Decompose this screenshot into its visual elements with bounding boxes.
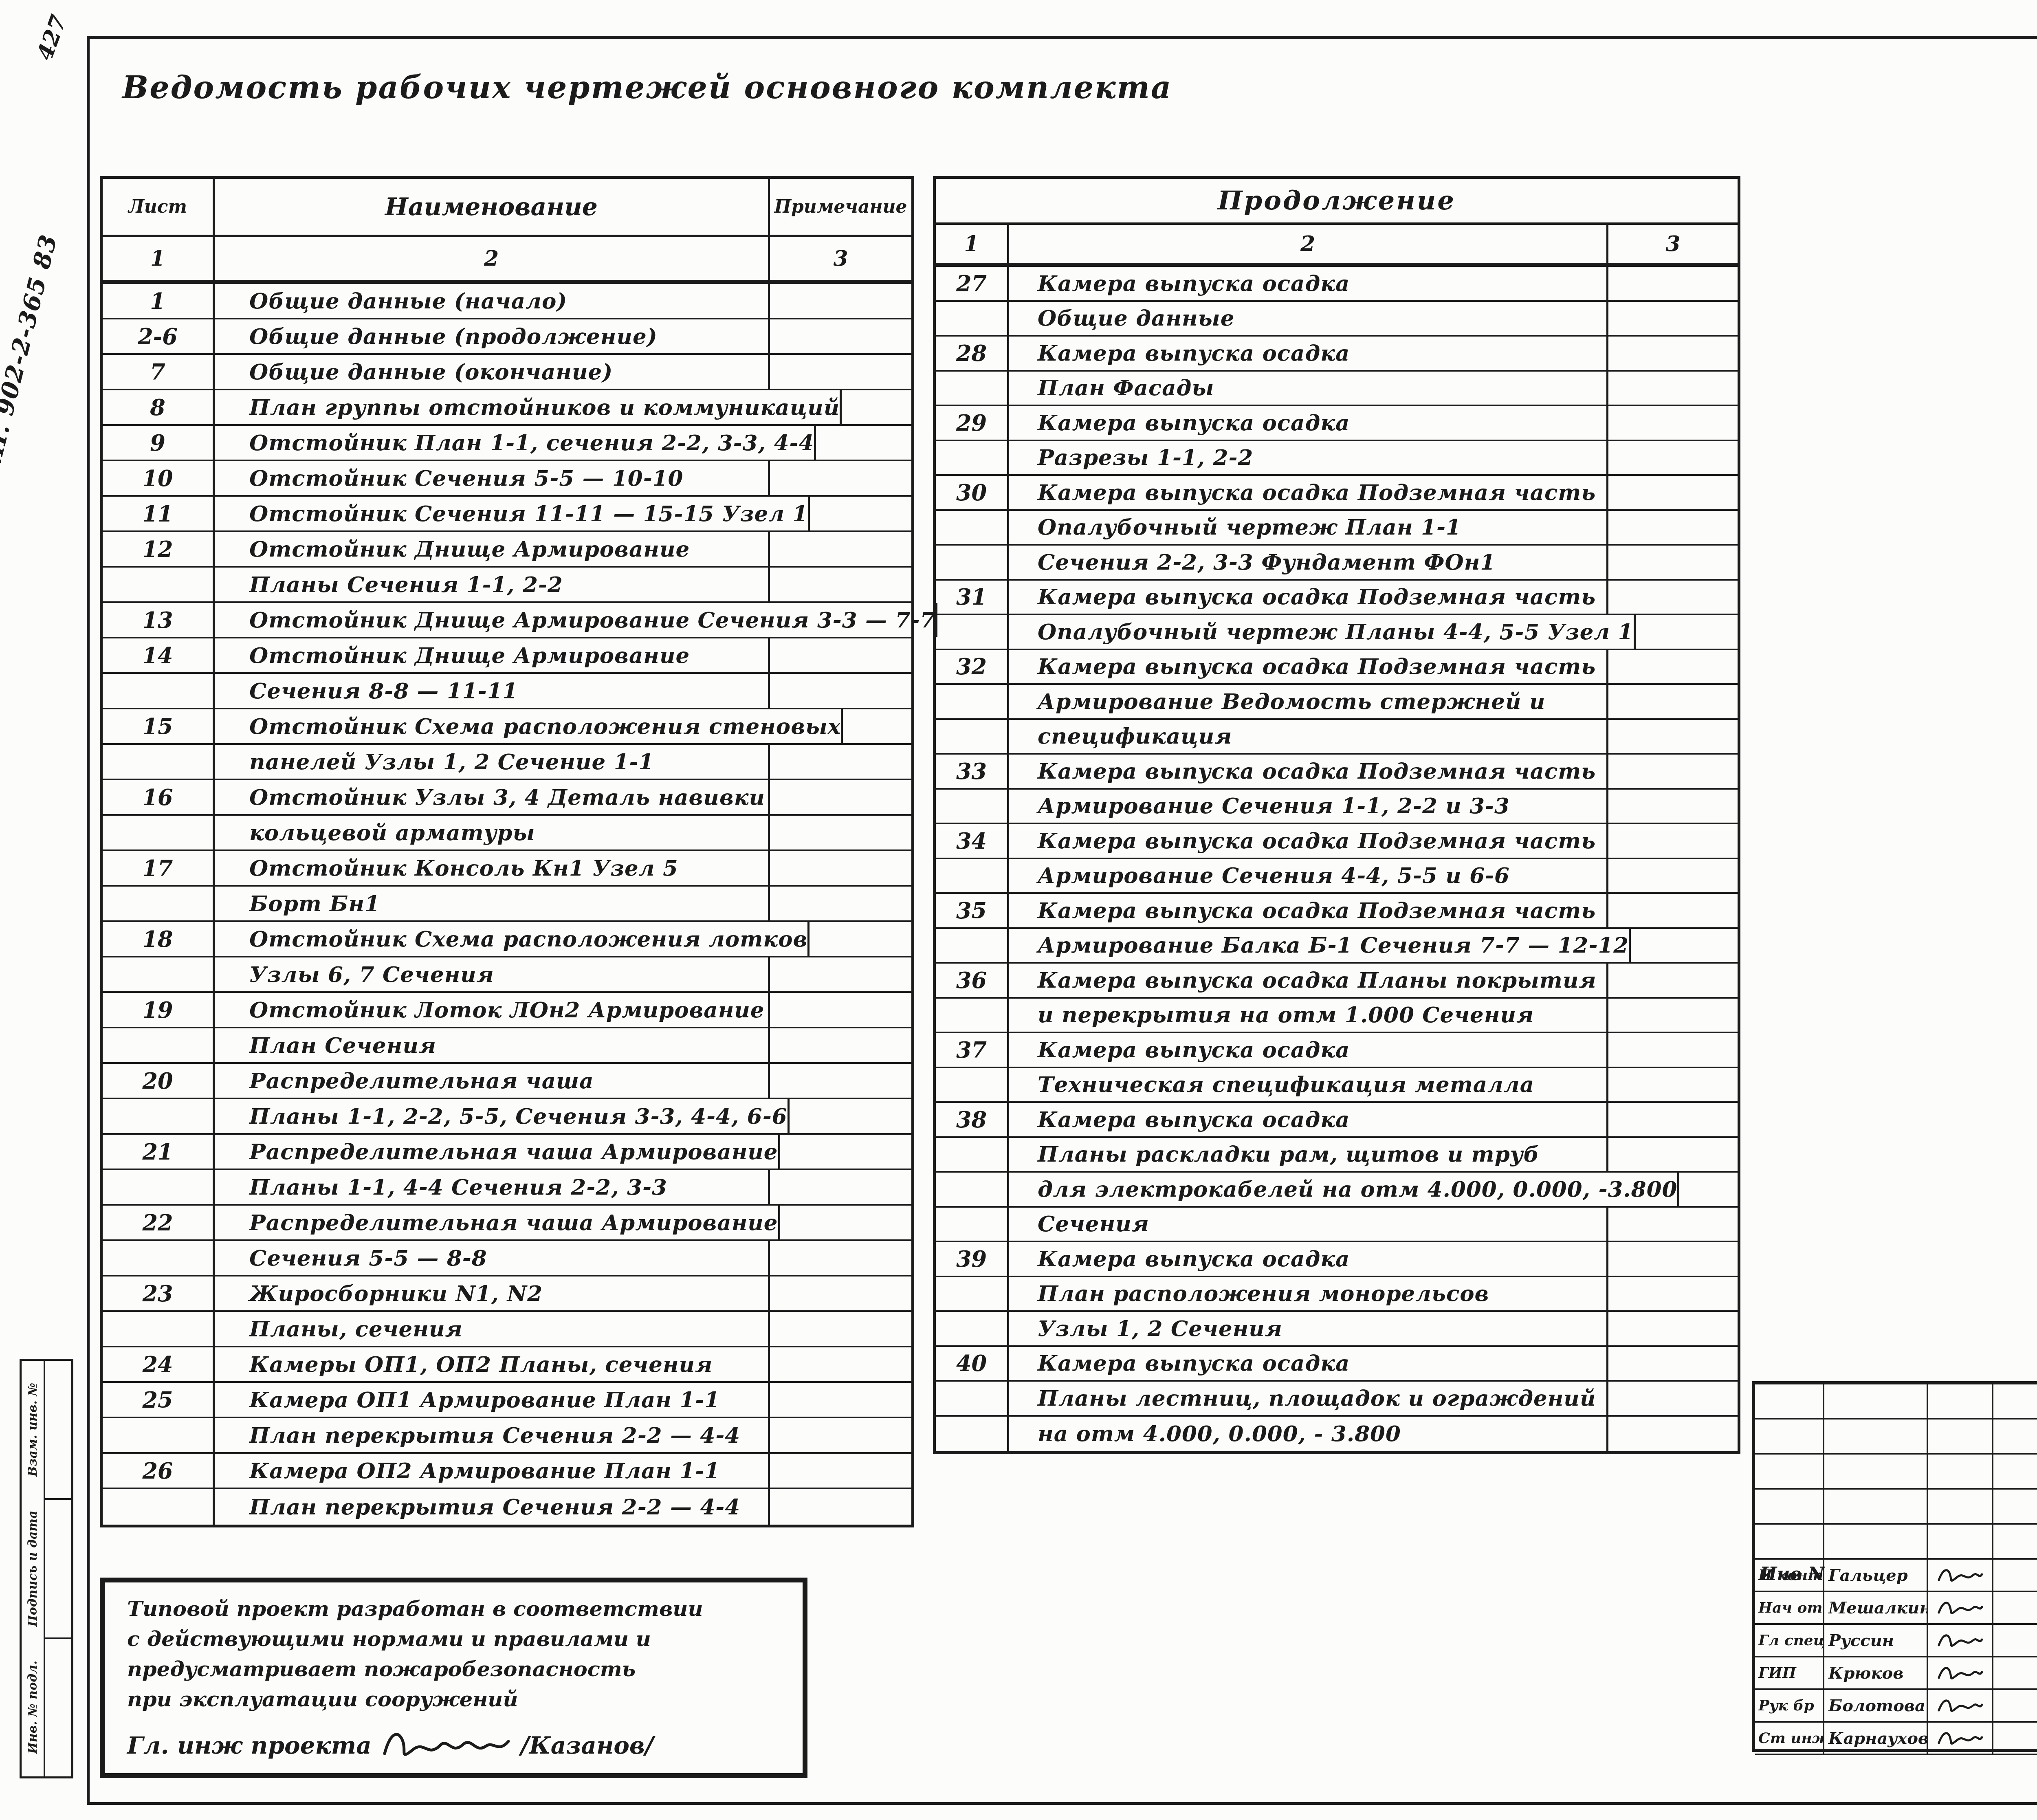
- sheet-number-cell: [936, 720, 1009, 753]
- drawing-name-cell: Камера выпуска осадка Планы покрытия: [1009, 964, 1606, 997]
- drawing-name-cell: Камера выпуска осадка Подземная часть: [1009, 894, 1606, 927]
- note-cell: [1606, 1277, 1738, 1311]
- sheet-number-cell: [936, 790, 1009, 823]
- table-row: Планы лестниц, площадок и ограждений: [936, 1382, 1738, 1417]
- signer-role: Гл спец.: [1755, 1625, 1824, 1656]
- drawing-name-cell: Камера ОП1 Армирование План 1-1: [215, 1383, 768, 1417]
- sheet-number-cell: 10: [103, 461, 215, 495]
- sheet-number-cell: [936, 859, 1009, 893]
- margin-stamp-label: Инв. № подл.: [26, 1638, 40, 1776]
- grid-cell: [1755, 1419, 1824, 1453]
- drawing-name-cell: Камера выпуска осадка: [1009, 267, 1606, 300]
- right-table-colnums: 1 2 3: [936, 225, 1738, 267]
- sheet-number-cell: 28: [936, 337, 1009, 370]
- note-cell: [1606, 1103, 1738, 1136]
- table-row: кольцевой арматуры: [103, 816, 911, 851]
- sheet-number-cell: 9: [103, 426, 215, 460]
- drawing-name-cell: Планы Сечения 1-1, 2-2: [215, 568, 768, 601]
- grid-cell: [1755, 1490, 1824, 1523]
- signer-signature: [1928, 1560, 1993, 1591]
- drawing-name-cell: кольцевой арматуры: [215, 816, 768, 849]
- table-row: 32Камера выпуска осадка Подземная часть: [936, 650, 1738, 685]
- note-cell: [768, 1241, 911, 1275]
- note-cell: [768, 1383, 911, 1417]
- table-row: 25Камера ОП1 Армирование План 1-1: [103, 1383, 911, 1418]
- note-cell: [768, 957, 911, 991]
- signer-role: Ст инж: [1755, 1723, 1824, 1754]
- table-row: Планы 1-1, 2-2, 5-5, Сечения 3-3, 4-4, 6…: [103, 1099, 911, 1135]
- chief-engineer-label: Гл. инж проекта: [127, 1732, 372, 1759]
- note-cell: [1606, 1033, 1738, 1067]
- inventory-number-label: Инв N: [1760, 1564, 1824, 1585]
- signer-signature: [1928, 1657, 1993, 1688]
- signature-stroke: [1936, 1695, 1984, 1716]
- sheet-number-cell: [936, 1208, 1009, 1241]
- signer-name: Гальцер: [1824, 1560, 1928, 1591]
- note-cell: [1606, 790, 1738, 823]
- sheet-number-cell: 18: [103, 922, 215, 956]
- table-row: 10Отстойник Сечения 5-5 — 10-10: [103, 461, 911, 497]
- note-cell: [778, 1135, 922, 1169]
- note-cell: [768, 745, 911, 779]
- drawing-name-cell: Сечения 5-5 — 8-8: [215, 1241, 768, 1275]
- table-row: Сечения: [936, 1208, 1738, 1243]
- sheet-number-cell: [103, 1241, 215, 1275]
- right-table-title: Продолжение: [936, 179, 1738, 225]
- signer-name: Мешалкин: [1824, 1592, 1928, 1623]
- signer-row-empty: [1755, 1490, 2037, 1525]
- note-cell: [768, 1170, 911, 1204]
- table-row: Сечения 8-8 — 11-11: [103, 674, 911, 709]
- drawing-name-cell: Армирование Ведомость стержней и: [1009, 685, 1606, 718]
- sheet-number-cell: [936, 999, 1009, 1032]
- note-line: при эксплуатации сооружений: [127, 1684, 803, 1714]
- table-row: План Фасады: [936, 372, 1738, 407]
- note-cell: [768, 1418, 911, 1452]
- drawing-name-cell: Армирование Сечения 4-4, 5-5 и 6-6: [1009, 859, 1606, 893]
- sheet-number-cell: 19: [103, 993, 215, 1027]
- sheet-number-cell: [103, 957, 215, 991]
- drawing-name-cell: Камера выпуска осадка: [1009, 406, 1606, 440]
- grid-cell: [1824, 1419, 1928, 1453]
- table-row: 19Отстойник Лоток ЛОн2 Армирование: [103, 993, 911, 1028]
- drawing-name-cell: Отстойник Схема расположения лотков: [215, 922, 807, 956]
- signer-role: Нач отд: [1755, 1592, 1824, 1623]
- sheet-number-cell: [103, 568, 215, 601]
- table-row: 14Отстойник Днище Армирование: [103, 638, 911, 674]
- signer-row: Рук брБолотова: [1755, 1690, 2037, 1723]
- sheet-number-cell: 22: [103, 1206, 215, 1239]
- drawing-name-cell: Планы лестниц, площадок и ограждений: [1009, 1382, 1606, 1415]
- table-row: для электрокабелей на отм 4.000, 0.000, …: [936, 1173, 1738, 1208]
- drawing-name-cell: Узлы 1, 2 Сечения: [1009, 1312, 1606, 1345]
- table-row: Опалубочный чертеж Планы 4-4, 5-5 Узел 1: [936, 615, 1738, 650]
- grid-cell: [1824, 1455, 1928, 1488]
- note-cell: [1606, 685, 1738, 718]
- sheet-number-cell: 2-6: [103, 319, 215, 353]
- note-cell: [1606, 964, 1738, 997]
- drawing-list-table-left: Лист Наименование Примечание 1 2 3 1Общи…: [100, 176, 914, 1527]
- signature-stroke: [1936, 1597, 1984, 1618]
- table-row: 16Отстойник Узлы 3, 4 Деталь навивки: [103, 780, 911, 816]
- note-cell: [1606, 824, 1738, 858]
- table-row: Сечения 2-2, 3-3 Фундамент ФОн1: [936, 546, 1738, 581]
- drawing-name-cell: Общие данные (начало): [215, 284, 768, 318]
- sheet-number-cell: 13: [103, 603, 215, 637]
- signature-stroke: [1936, 1728, 1984, 1749]
- grid-cell: [1993, 1419, 2037, 1453]
- sheet-number-cell: [936, 1068, 1009, 1102]
- note-cell: [1606, 511, 1738, 544]
- sheet-number-cell: 11: [103, 497, 215, 530]
- signer-row-empty: [1755, 1419, 2037, 1455]
- grid-cell: [1824, 1384, 1928, 1418]
- signer-row: Нач отдМешалкин: [1755, 1592, 2037, 1625]
- sheet-number-cell: [103, 745, 215, 779]
- grid-cell: [1993, 1525, 2037, 1558]
- note-line: предусматривает пожаробезопасность: [127, 1654, 803, 1684]
- grid-cell: [1993, 1490, 2037, 1523]
- note-cell: [1606, 894, 1738, 927]
- sheet-number-cell: 36: [936, 964, 1009, 997]
- sheet-number-cell: 7: [103, 355, 215, 389]
- drawing-name-cell: Отстойник Схема расположения стеновых: [215, 709, 841, 743]
- drawing-name-cell: Отстойник План 1-1, сечения 2-2, 3-3, 4-…: [215, 426, 814, 460]
- table-row: Армирование Балка Б-1 Сечения 7-7 — 12-1…: [936, 929, 1738, 964]
- sheet-number-cell: [936, 1382, 1009, 1415]
- drawing-name-cell: Распределительная чаша Армирование: [215, 1206, 778, 1239]
- table-row: Планы 1-1, 4-4 Сечения 2-2, 3-3: [103, 1170, 911, 1206]
- sheet-number-cell: 30: [936, 476, 1009, 509]
- header-note: Примечание: [768, 179, 911, 235]
- drawing-name-cell: Общие данные: [1009, 302, 1606, 335]
- note-cell: [1606, 755, 1738, 788]
- sheet-number-cell: 1: [103, 284, 215, 318]
- drawing-name-cell: Сечения: [1009, 1208, 1606, 1241]
- sheet-number-cell: [103, 816, 215, 849]
- note-cell: [1634, 615, 1765, 649]
- signer-date: [1993, 1657, 2037, 1688]
- grid-cell: [1993, 1384, 2037, 1418]
- signer-name: Карнаухова: [1824, 1723, 1928, 1754]
- signer-date: [1993, 1723, 2037, 1754]
- table-row: 8План группы отстойников и коммуникаций: [103, 390, 911, 426]
- signature-stroke: [379, 1725, 513, 1766]
- drawing-name-cell: Общие данные (продолжение): [215, 319, 768, 353]
- sheet-number-cell: 20: [103, 1064, 215, 1098]
- drawing-name-cell: спецификация: [1009, 720, 1606, 753]
- left-table-header: Лист Наименование Примечание: [103, 179, 911, 237]
- sheet-number-cell: 38: [936, 1103, 1009, 1136]
- drawing-name-cell: Камера ОП2 Армирование План 1-1: [215, 1454, 768, 1488]
- signer-signature: [1928, 1625, 1993, 1656]
- table-row: 29Камера выпуска осадка: [936, 406, 1738, 441]
- drawing-name-cell: Сечения 2-2, 3-3 Фундамент ФОн1: [1009, 546, 1606, 579]
- drawing-name-cell: Техническая спецификация металла: [1009, 1068, 1606, 1102]
- table-row: План расположения монорельсов: [936, 1277, 1738, 1312]
- note-cell: [1629, 929, 1760, 962]
- note-cell: [768, 1454, 911, 1488]
- table-row: 26Камера ОП2 Армирование План 1-1: [103, 1454, 911, 1489]
- sheet-number-cell: 17: [103, 851, 215, 885]
- signer-name: Болотова: [1824, 1690, 1928, 1721]
- sheet-number-cell: 27: [936, 267, 1009, 300]
- drawing-name-cell: Отстойник Сечения 5-5 — 10-10: [215, 461, 768, 495]
- left-table-body: 1Общие данные (начало)2-6Общие данные (п…: [103, 284, 911, 1525]
- note-cell: [768, 674, 911, 708]
- table-row: Планы Сечения 1-1, 2-2: [103, 568, 911, 603]
- margin-stamp-labels: Взам. инв. №Подпись и датаИнв. № подл.: [22, 1361, 45, 1776]
- drawing-name-cell: Камера выпуска осадка Подземная часть: [1009, 650, 1606, 684]
- table-row: Армирование Ведомость стержней и: [936, 685, 1738, 720]
- drawing-name-cell: Общие данные (окончание): [215, 355, 768, 389]
- sheet-number-cell: [936, 1173, 1009, 1206]
- note-line: с действующими нормами и правилами и: [127, 1624, 803, 1654]
- note-cell: [768, 887, 911, 920]
- note-cell: [1606, 267, 1738, 300]
- sheet-number-cell: 40: [936, 1347, 1009, 1380]
- grid-cell: [1928, 1525, 1993, 1558]
- table-row: 31Камера выпуска осадка Подземная часть: [936, 581, 1738, 616]
- signer-signature: [1928, 1723, 1993, 1754]
- sheet-number-cell: [936, 441, 1009, 475]
- table-row: 30Камера выпуска осадка Подземная часть: [936, 476, 1738, 511]
- note-cell: [808, 497, 951, 530]
- signer-role: ГИП: [1755, 1657, 1824, 1688]
- drawing-name-cell: Распределительная чаша: [215, 1064, 768, 1098]
- page-title: Ведомость рабочих чертежей основного ком…: [122, 69, 1172, 106]
- note-cell: [768, 816, 911, 849]
- note-cell: [1606, 441, 1738, 475]
- table-row: 9Отстойник План 1-1, сечения 2-2, 3-3, 4…: [103, 426, 911, 461]
- drawing-name-cell: Камера выпуска осадка Подземная часть: [1009, 824, 1606, 858]
- table-row: Планы раскладки рам, щитов и труб: [936, 1138, 1738, 1173]
- drawing-name-cell: Планы 1-1, 4-4 Сечения 2-2, 3-3: [215, 1170, 768, 1204]
- sheet-number-cell: [103, 1489, 215, 1525]
- note-cell: [768, 1064, 911, 1098]
- note-cell: [768, 532, 911, 566]
- note-cell: [1606, 1382, 1738, 1415]
- note-cell: [768, 1028, 911, 1062]
- note-cell: [788, 1099, 931, 1133]
- continuation-label: Продолжение: [1218, 185, 1456, 216]
- table-row: 35Камера выпуска осадка Подземная часть: [936, 894, 1738, 929]
- table-row: 15Отстойник Схема расположения стеновых: [103, 709, 911, 745]
- note-signature-row: Гл. инж проекта /Казанов/: [127, 1725, 803, 1766]
- drawing-name-cell: Сечения 8-8 — 11-11: [215, 674, 768, 708]
- drawing-name-cell: План перекрытия Сечения 2-2 — 4-4: [215, 1418, 768, 1452]
- note-cell: [768, 568, 911, 601]
- signer-signature: [1928, 1592, 1993, 1623]
- title-block: Н контрГальцерНач отдМешалкинГл спец.Рус…: [1752, 1381, 2037, 1752]
- signer-row: ГИПКрюков: [1755, 1657, 2037, 1690]
- grid-cell: [1755, 1384, 1824, 1418]
- table-row: Разрезы 1-1, 2-2: [936, 441, 1738, 476]
- signer-date: [1993, 1592, 2037, 1623]
- table-row: Борт Бн1: [103, 887, 911, 922]
- corner-number: 427: [31, 11, 72, 64]
- sheet-number-cell: [936, 685, 1009, 718]
- table-row: 22Распределительная чаша Армирование: [103, 1206, 911, 1241]
- signer-role: Рук бр: [1755, 1690, 1824, 1721]
- signer-row: Гл спец.Руссин: [1755, 1625, 2037, 1657]
- drawing-name-cell: Разрезы 1-1, 2-2: [1009, 441, 1606, 475]
- table-row: План перекрытия Сечения 2-2 — 4-4: [103, 1418, 911, 1454]
- table-row: 7Общие данные (окончание): [103, 355, 911, 390]
- note-cell: [1606, 406, 1738, 440]
- drawing-name-cell: Узлы 6, 7 Сечения: [215, 957, 768, 991]
- note-cell: [778, 1206, 922, 1239]
- drawing-name-cell: План группы отстойников и коммуникаций: [215, 390, 840, 424]
- table-row: 36Камера выпуска осадка Планы покрытия: [936, 964, 1738, 999]
- sheet-number-cell: [103, 1418, 215, 1452]
- margin-stamp-cells: [45, 1361, 71, 1776]
- table-row: Сечения 5-5 — 8-8: [103, 1241, 911, 1276]
- note-cell: [1606, 581, 1738, 614]
- sheet-number-cell: [103, 1099, 215, 1133]
- table-row: 11Отстойник Сечения 11-11 — 15-15 Узел 1: [103, 497, 911, 532]
- note-cell: [768, 1489, 911, 1525]
- sheet-number-cell: 32: [936, 650, 1009, 684]
- drawing-name-cell: и перекрытия на отм 1.000 Сечения: [1009, 999, 1606, 1032]
- grid-cell: [1928, 1455, 1993, 1488]
- drawing-name-cell: План Фасады: [1009, 372, 1606, 405]
- sheet-number-cell: [936, 615, 1009, 649]
- table-row: 33Камера выпуска осадка Подземная часть: [936, 755, 1738, 790]
- table-row: 40Камера выпуска осадка: [936, 1347, 1738, 1382]
- note-cell: [807, 922, 951, 956]
- drawing-name-cell: Камера выпуска осадка Подземная часть: [1009, 476, 1606, 509]
- sheet-number-cell: 37: [936, 1033, 1009, 1067]
- note-cell: [768, 355, 911, 389]
- note-cell: [768, 284, 911, 318]
- drawing-name-cell: Камера выпуска осадка Подземная часть: [1009, 755, 1606, 788]
- grid-cell: [1993, 1455, 2037, 1488]
- note-text: Типовой проект разработан в соответствии…: [127, 1594, 803, 1714]
- sheet-number-cell: [936, 302, 1009, 335]
- signer-name: Руссин: [1824, 1625, 1928, 1656]
- sheet-number-cell: 23: [103, 1276, 215, 1310]
- drawing-name-cell: План расположения монорельсов: [1009, 1277, 1606, 1311]
- chief-engineer-name: /Казанов/: [521, 1732, 653, 1759]
- table-row: План Сечения: [103, 1028, 911, 1064]
- signer-date: [1993, 1560, 2037, 1591]
- sheet-number-cell: [936, 1312, 1009, 1345]
- signer-name: Крюков: [1824, 1657, 1928, 1688]
- header-name: Наименование: [215, 179, 768, 235]
- signer-row-empty: [1755, 1525, 2037, 1560]
- drawing-name-cell: Опалубочный чертеж План 1-1: [1009, 511, 1606, 544]
- note-cell: [768, 638, 911, 672]
- note-cell: [1606, 337, 1738, 370]
- table-row: Планы, сечения: [103, 1312, 911, 1347]
- note-cell: [1606, 999, 1738, 1032]
- sheet-number-cell: [936, 929, 1009, 962]
- signature-stroke: [1936, 1662, 1984, 1684]
- note-cell: [1606, 546, 1738, 579]
- table-row: Армирование Сечения 4-4, 5-5 и 6-6: [936, 859, 1738, 894]
- note-cell: [768, 780, 911, 814]
- table-row: 38Камера выпуска осадка: [936, 1103, 1738, 1138]
- right-table-body: 27Камера выпуска осадкаОбщие данные28Кам…: [936, 267, 1738, 1451]
- sheet-number-cell: 8: [103, 390, 215, 424]
- sheet-number-cell: 26: [103, 1454, 215, 1488]
- sheet-number-cell: [103, 674, 215, 708]
- table-row: 1Общие данные (начало): [103, 284, 911, 319]
- sheet-number-cell: [936, 372, 1009, 405]
- drawing-name-cell: Камеры ОП1, ОП2 Планы, сечения: [215, 1347, 768, 1381]
- table-row: спецификация: [936, 720, 1738, 755]
- drawing-name-cell: Отстойник Днище Армирование Сечения 3-3 …: [215, 603, 935, 637]
- drawing-name-cell: План Сечения: [215, 1028, 768, 1062]
- table-row: 18Отстойник Схема расположения лотков: [103, 922, 911, 957]
- note-cell: [1606, 859, 1738, 893]
- margin-stamp-box: Взам. инв. №Подпись и датаИнв. № подл.: [20, 1359, 73, 1778]
- drawing-name-cell: Распределительная чаша Армирование: [215, 1135, 778, 1169]
- table-row: Техническая спецификация металла: [936, 1068, 1738, 1103]
- drawing-name-cell: Армирование Балка Б-1 Сечения 7-7 — 12-1…: [1009, 929, 1629, 962]
- note-cell: [1606, 302, 1738, 335]
- grid-cell: [1928, 1490, 1993, 1523]
- drawing-name-cell: Борт Бн1: [215, 887, 768, 920]
- drawing-name-cell: Отстойник Консоль Кн1 Узел 5: [215, 851, 768, 885]
- table-row: 20Распределительная чаша: [103, 1064, 911, 1099]
- note-cell: [1606, 1208, 1738, 1241]
- sheet-number-cell: [936, 1277, 1009, 1311]
- table-row: Общие данные: [936, 302, 1738, 337]
- drawing-name-cell: Отстойник Лоток ЛОн2 Армирование: [215, 993, 768, 1027]
- sheet-number-cell: 35: [936, 894, 1009, 927]
- vertical-doc-number: Т.П. 902-2-365 83: [0, 216, 66, 500]
- sheet-number-cell: [936, 546, 1009, 579]
- table-row: 21Распределительная чаша Армирование: [103, 1135, 911, 1170]
- note-cell: [768, 1276, 911, 1310]
- drawing-name-cell: Отстойник Узлы 3, 4 Деталь навивки: [215, 780, 768, 814]
- signature-stroke: [1936, 1630, 1984, 1651]
- drawing-name-cell: для электрокабелей на отм 4.000, 0.000, …: [1009, 1173, 1677, 1206]
- table-row: 24Камеры ОП1, ОП2 Планы, сечения: [103, 1347, 911, 1383]
- sheet-number-cell: [103, 1028, 215, 1062]
- drawing-name-cell: Отстойник Днище Армирование: [215, 532, 768, 566]
- drawing-name-cell: Отстойник Днище Армирование: [215, 638, 768, 672]
- left-table-colnums: 1 2 3: [103, 237, 911, 284]
- sheet-number-cell: 25: [103, 1383, 215, 1417]
- signature-stroke: [1936, 1565, 1984, 1586]
- grid-cell: [1928, 1384, 1993, 1418]
- note-box: Типовой проект разработан в соответствии…: [100, 1578, 807, 1778]
- note-cell: [1677, 1173, 1808, 1206]
- table-row: и перекрытия на отм 1.000 Сечения: [936, 999, 1738, 1034]
- note-cell: [1606, 1138, 1738, 1171]
- signer-row-empty: [1755, 1455, 2037, 1490]
- note-cell: [768, 1347, 911, 1381]
- table-row: 17Отстойник Консоль Кн1 Узел 5: [103, 851, 911, 887]
- margin-stamp-label: Взам. инв. №: [26, 1360, 40, 1499]
- drawing-name-cell: Камера выпуска осадка: [1009, 1103, 1606, 1136]
- grid-cell: [1824, 1525, 1928, 1558]
- note-cell: [1606, 650, 1738, 684]
- note-cell: [768, 319, 911, 353]
- grid-cell: [1928, 1419, 1993, 1453]
- note-cell: [1606, 372, 1738, 405]
- sheet-number-cell: 24: [103, 1347, 215, 1381]
- drawing-name-cell: Камера выпуска осадка: [1009, 1242, 1606, 1276]
- sheet-number-cell: [103, 1170, 215, 1204]
- note-cell: [1606, 476, 1738, 509]
- drawing-list-table-right: Продолжение 1 2 3 27Камера выпуска осадк…: [933, 176, 1740, 1454]
- sheet-number-cell: 34: [936, 824, 1009, 858]
- table-row: панелей Узлы 1, 2 Сечение 1-1: [103, 745, 911, 780]
